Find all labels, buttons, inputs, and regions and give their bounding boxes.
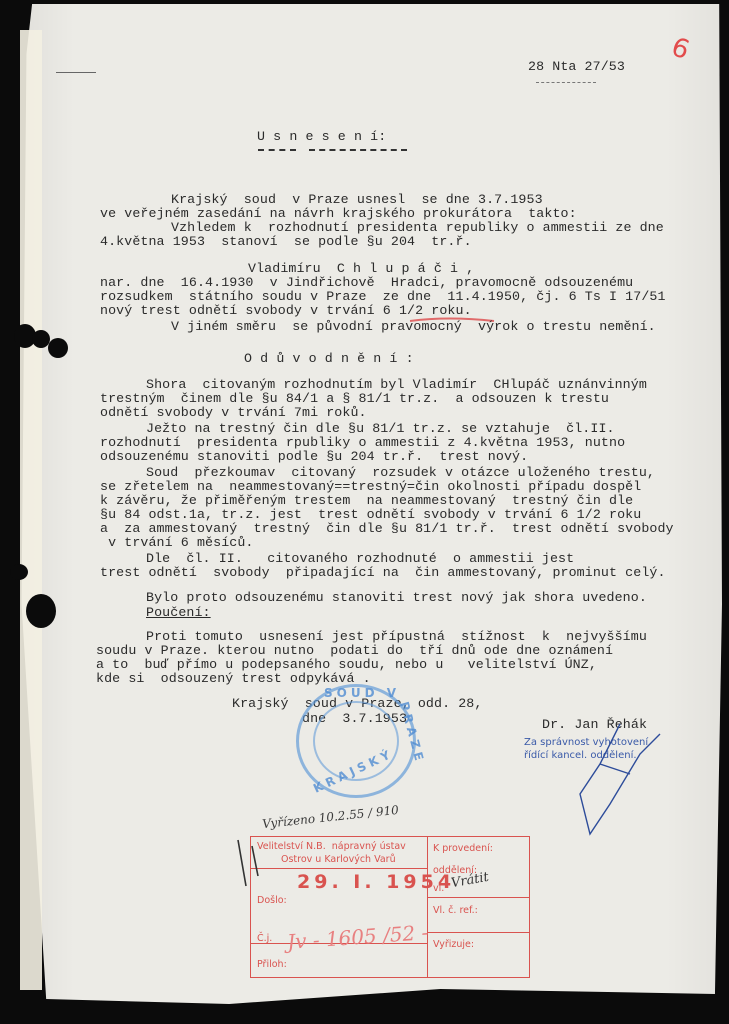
file-number: 28 Nta 27/53 <box>528 60 625 74</box>
page-title: U s n e s e n í: <box>257 130 386 144</box>
instruction-line: kde si odsouzený trest odpykává . <box>96 672 371 686</box>
reasoning-line: Bylo proto odsouzenému stanoviti trest n… <box>146 591 647 605</box>
intro-line: Krajský soud v Praze usnesl se dne 3.7.1… <box>171 193 543 207</box>
instruction-heading: Poučení: <box>146 606 211 620</box>
punch-hole <box>48 338 68 358</box>
ruling-line: V jiném směru se původní pravomocný výro… <box>171 320 656 334</box>
intro-line: ve veřejném zasedání na návrh krajského … <box>100 207 577 221</box>
intro-line: Vzhledem k rozhodnutí presidenta republi… <box>171 221 664 235</box>
reasoning-line: se zřetelem na neammestovaný==trestný=či… <box>100 480 641 494</box>
reasoning-line: Soud přezkoumav citovaný rozsudek v otáz… <box>146 466 655 480</box>
ruling-line: rozsudkem státního soudu v Praze ze dne … <box>100 290 666 304</box>
reasoning-heading: O d ů v o d n ě n í : <box>244 352 414 366</box>
reasoning-line: odsouzenému stanoviti podle §u 204 tr.ř.… <box>100 450 528 464</box>
paper-fold <box>20 30 42 990</box>
reasoning-line: Dle čl. II. citovaného rozhodnuté o amme… <box>146 552 574 566</box>
instruction-line: soudu v Praze. kterou nutno podati do tř… <box>96 644 613 658</box>
reasoning-line: a za ammestovaný trestný čin dle §u 81/1… <box>100 522 674 536</box>
reasoning-line: rozhodnutí presidenta rpubliky o ammesti… <box>100 436 625 450</box>
reasoning-line: Ježto na trestný čin dle §u 81/1 tr.z. s… <box>146 422 615 436</box>
received-date: 29. I. 1954 <box>297 871 455 893</box>
pen-strokes <box>232 836 272 896</box>
intro-line: 4.května 1953 stanoví se podle §u 204 tr… <box>100 235 472 249</box>
reasoning-line: §u 84 odst.1a, tr.z. jest trest odnětí s… <box>100 508 641 522</box>
reasoning-line: Shora citovaným rozhodnutím byl Vladimír… <box>146 378 647 392</box>
reasoning-line: trestným činem dle §u 84/1 a § 81/1 tr.z… <box>100 392 609 406</box>
instruction-line: Proti tomuto usnesení jest přípustná stí… <box>146 630 647 644</box>
punch-hole <box>10 564 28 580</box>
reasoning-line: trest odnětí svobody připadající na čin … <box>100 566 666 580</box>
reasoning-line: v trvání 6 měsíců. <box>100 536 254 550</box>
signature <box>560 714 680 844</box>
instruction-line: a to buď přímo u podepsaného soudu, nebo… <box>96 658 597 672</box>
ruling-line: nar. dne 16.4.1930 v Jindřichově Hradci,… <box>100 276 633 290</box>
defendant-name: Vladimíru C h l u p á č i , <box>248 262 474 276</box>
reasoning-line: odnětí svobody v trvání 7mi roků. <box>100 406 367 420</box>
punch-hole <box>26 594 56 628</box>
receipt-stamp: Velitelství N.B. nápravný ústav Ostrov u… <box>250 836 530 978</box>
reasoning-line: k závěru, že přiměřeným trestem na neamm… <box>100 494 633 508</box>
reference-number: Jv - 1605 /52 - <box>286 920 429 954</box>
